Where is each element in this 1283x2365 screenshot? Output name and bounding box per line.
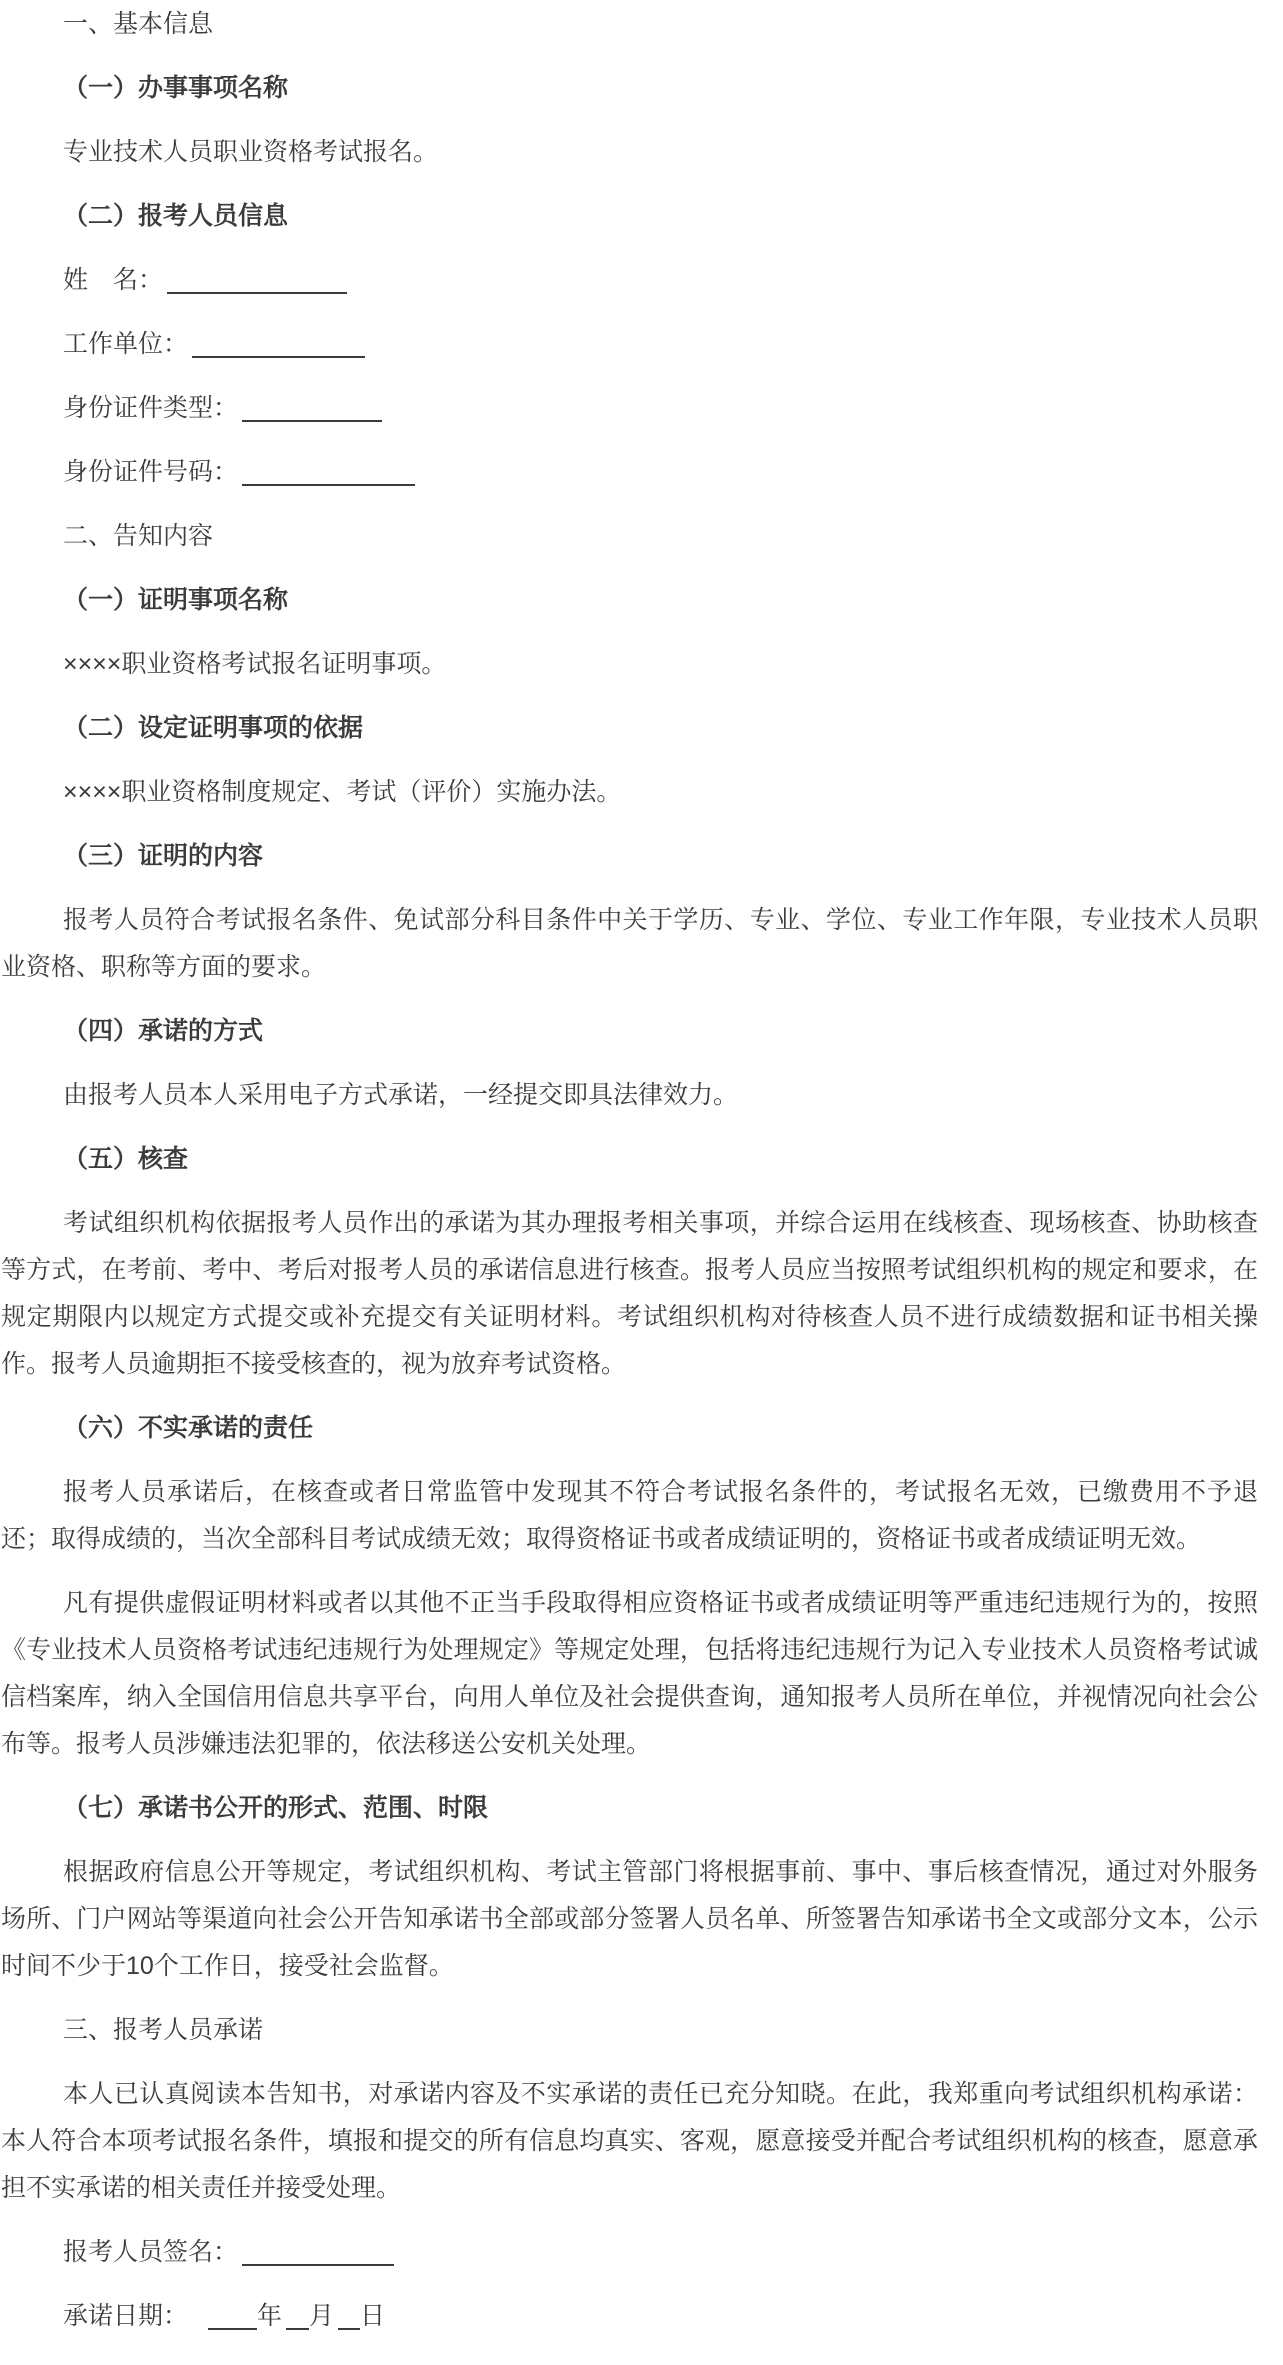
certify-basis-text: ××××职业资格制度规定、考试（评价）实施办法。 <box>1 769 1258 816</box>
service-item-name-text: 专业技术人员职业资格考试报名。 <box>1 129 1258 176</box>
commitment-date-line: 承诺日期：年月日 <box>1 2293 1258 2340</box>
certify-content-text: 报考人员符合考试报名条件、免试部分科目条件中关于学历、专业、学位、专业工作年限，… <box>1 897 1258 991</box>
notice-document: 一、基本信息 （一）办事事项名称 专业技术人员职业资格考试报名。 （二）报考人员… <box>0 0 1283 2365</box>
id-type-field-line: 身份证件类型： <box>1 385 1258 432</box>
section2-sub3-heading: （三）证明的内容 <box>1 833 1258 880</box>
section2-sub2-heading: （二）设定证明事项的依据 <box>1 705 1258 752</box>
date-day-blank <box>338 2298 360 2330</box>
signature-line: 报考人员签名： <box>1 2229 1258 2276</box>
commitment-method-text: 由报考人员本人采用电子方式承诺，一经提交即具法律效力。 <box>1 1072 1258 1119</box>
false-commitment-liability-text-2: 凡有提供虚假证明材料或者以其他不正当手段取得相应资格证书或者成绩证明等严重违纪违… <box>1 1580 1258 1768</box>
false-commitment-liability-text-1: 报考人员承诺后，在核查或者日常监管中发现其不符合考试报名条件的，考试报名无效，已… <box>1 1469 1258 1563</box>
section1-heading: 一、基本信息 <box>1 1 1258 48</box>
work-unit-field-line: 工作单位： <box>1 321 1258 368</box>
verification-text: 考试组织机构依据报考人员作出的承诺为其办理报考相关事项，并综合运用在线核查、现场… <box>1 1200 1258 1388</box>
section2-sub5-heading: （五）核查 <box>1 1136 1258 1183</box>
section2-sub6-heading: （六）不实承诺的责任 <box>1 1405 1258 1452</box>
section1-sub1-heading: （一）办事事项名称 <box>1 65 1258 112</box>
section3-heading: 三、报考人员承诺 <box>1 2007 1258 2054</box>
id-number-label: 身份证件号码： <box>63 458 238 486</box>
date-month-label: 月 <box>309 2302 334 2330</box>
signature-blank <box>242 2234 394 2266</box>
date-year-blank <box>208 2298 257 2330</box>
applicant-commitment-text: 本人已认真阅读本告知书，对承诺内容及不实承诺的责任已充分知晓。在此，我郑重向考试… <box>1 2071 1258 2212</box>
date-day-label: 日 <box>360 2302 385 2330</box>
section2-sub1-heading: （一）证明事项名称 <box>1 577 1258 624</box>
signature-label: 报考人员签名： <box>63 2238 238 2266</box>
date-month-blank <box>286 2298 309 2330</box>
disclosure-text: 根据政府信息公开等规定，考试组织机构、考试主管部门将根据事前、事中、事后核查情况… <box>1 1849 1258 1990</box>
section2-sub7-heading: （七）承诺书公开的形式、范围、时限 <box>1 1785 1258 1832</box>
section2-heading: 二、告知内容 <box>1 513 1258 560</box>
name-label: 姓 名： <box>63 266 163 294</box>
id-type-label: 身份证件类型： <box>63 394 238 422</box>
name-blank <box>167 262 347 294</box>
work-unit-blank <box>192 326 365 358</box>
date-label: 承诺日期： <box>63 2302 188 2330</box>
id-number-blank <box>242 454 415 486</box>
date-year-label: 年 <box>257 2302 282 2330</box>
work-unit-label: 工作单位： <box>63 330 188 358</box>
id-number-field-line: 身份证件号码： <box>1 449 1258 496</box>
id-type-blank <box>242 390 382 422</box>
section1-sub2-heading: （二）报考人员信息 <box>1 193 1258 240</box>
section2-sub4-heading: （四）承诺的方式 <box>1 1008 1258 1055</box>
name-field-line: 姓 名： <box>1 257 1258 304</box>
certify-item-name-text: ××××职业资格考试报名证明事项。 <box>1 641 1258 688</box>
